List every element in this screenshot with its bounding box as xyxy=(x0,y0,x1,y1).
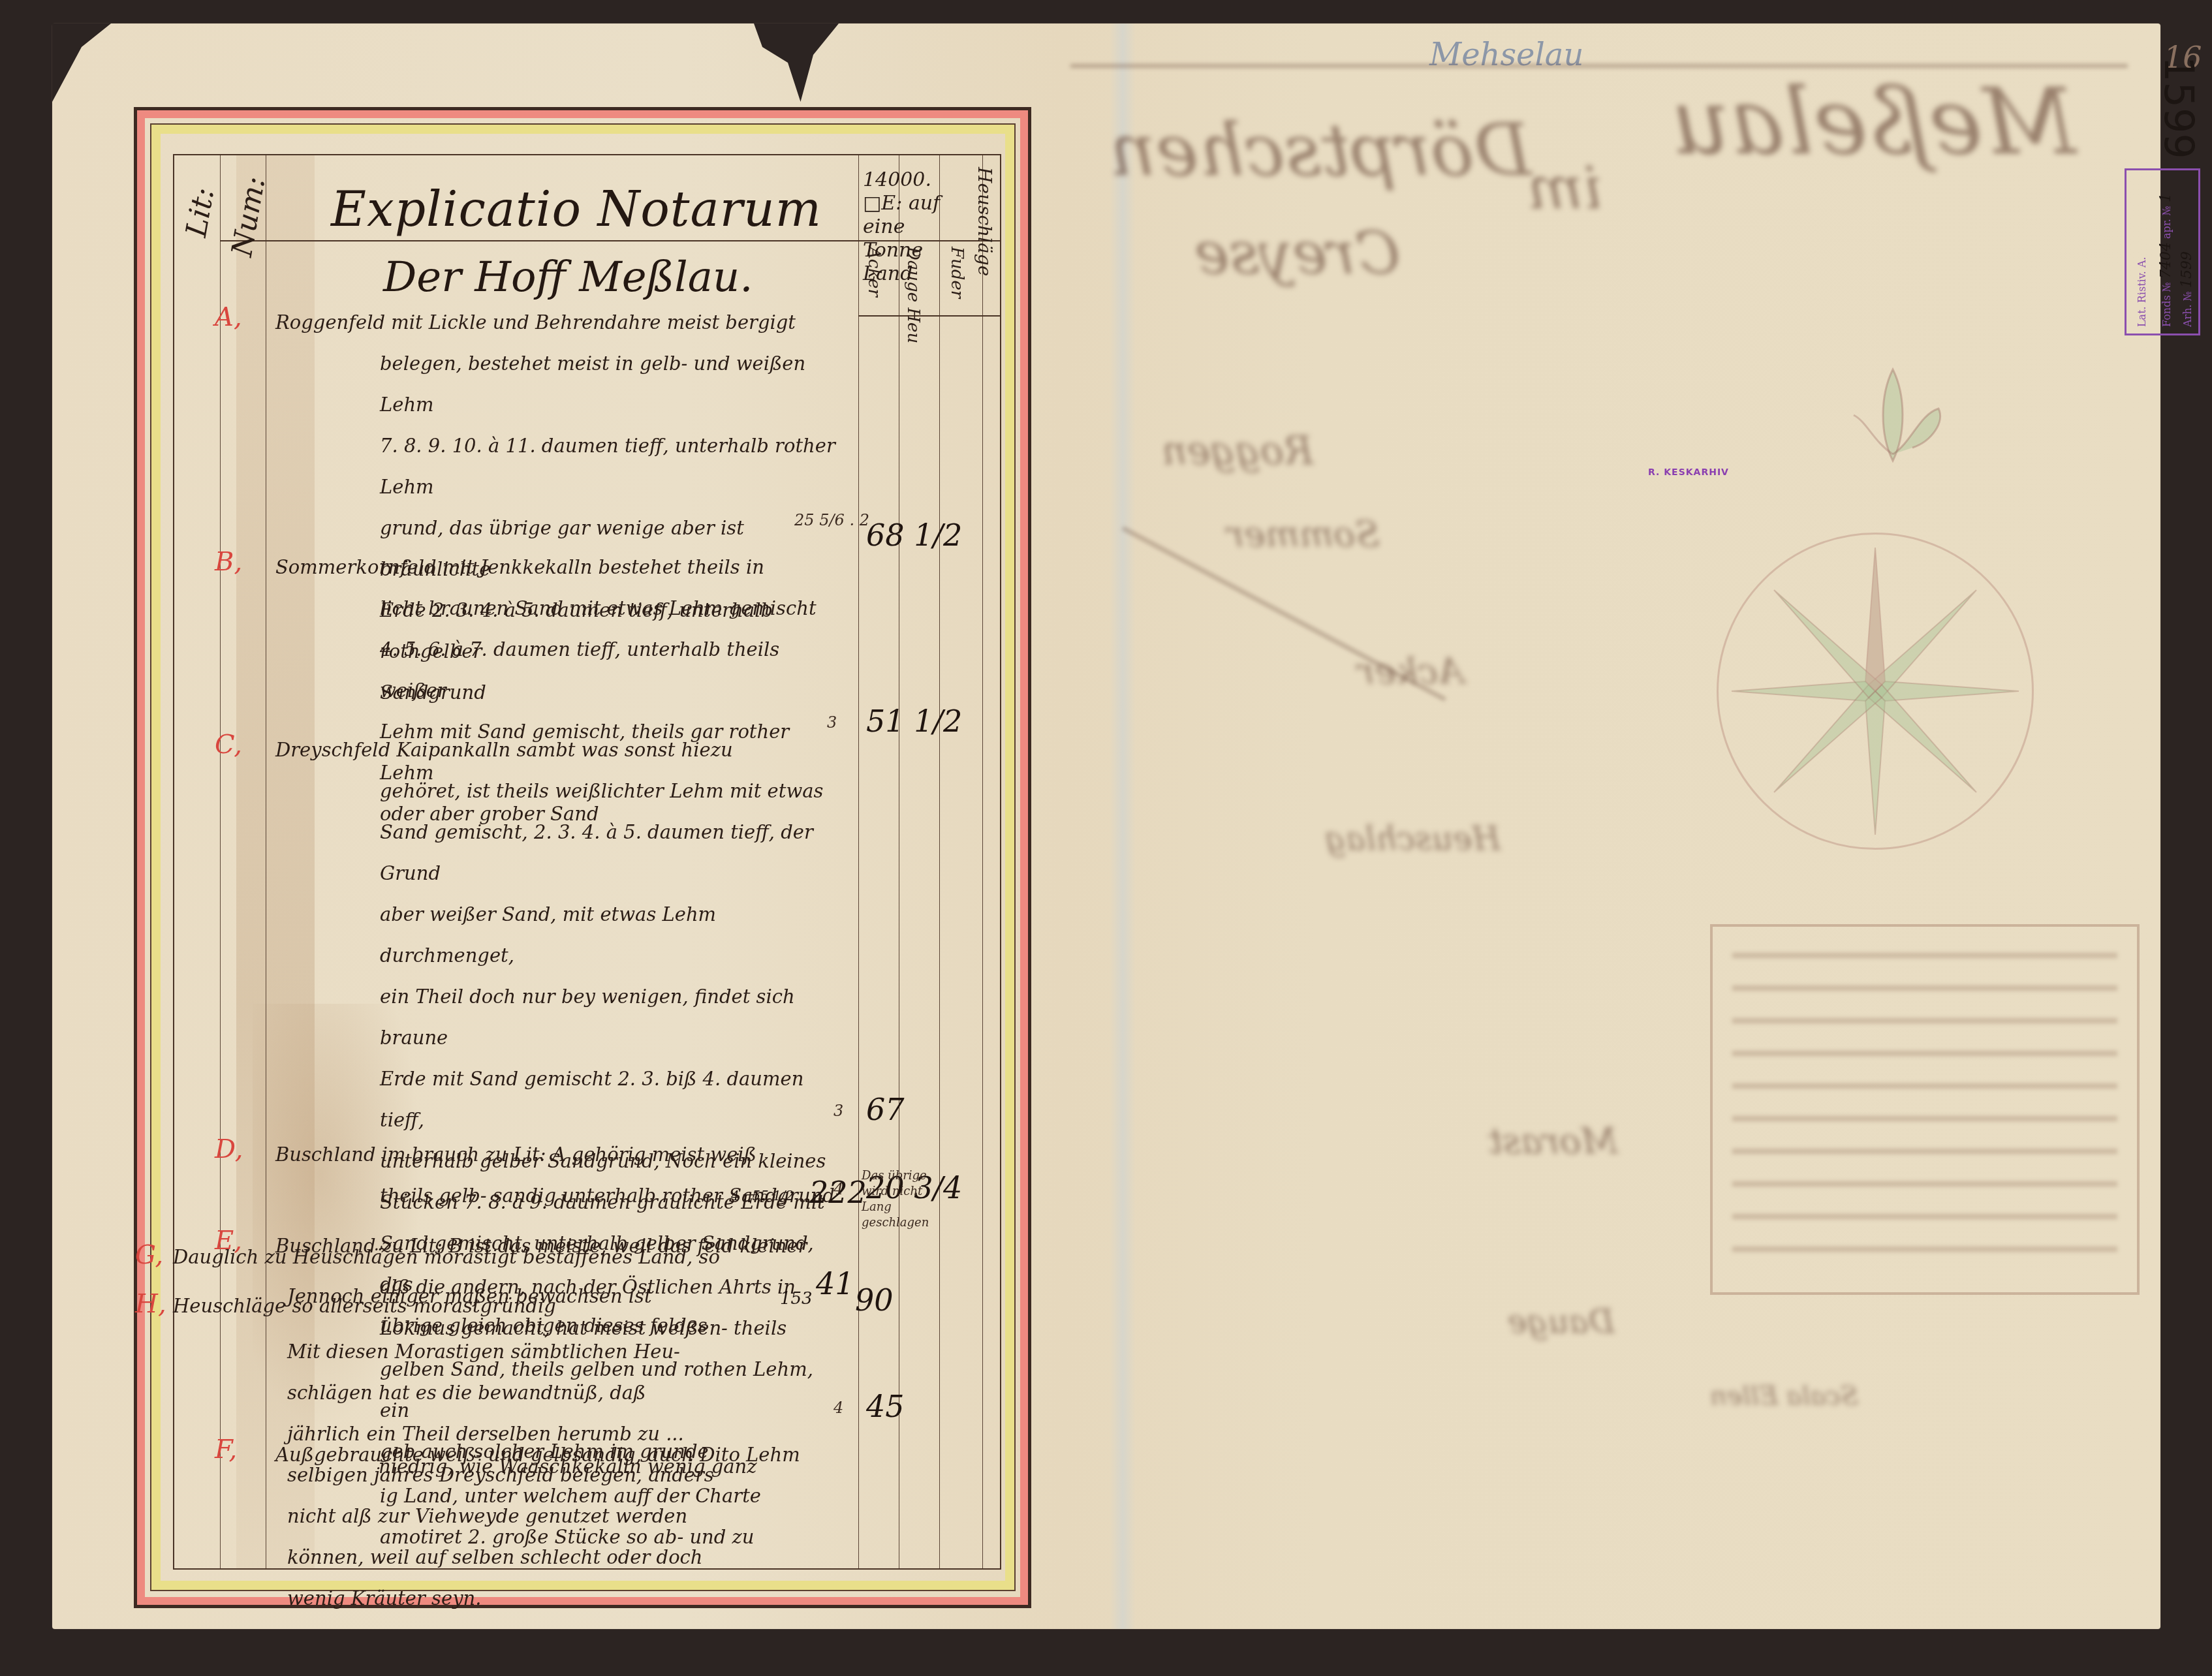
closing-line: selbigen jahres Dreyschfeld belegen, and… xyxy=(287,1455,757,1496)
entry-letter: C, xyxy=(215,730,242,760)
apr-label: apr. № xyxy=(2160,206,2173,239)
torn-corner xyxy=(52,23,111,102)
entry-value: 51 1/2 xyxy=(866,704,962,739)
paper-tear xyxy=(754,23,839,102)
center-fold xyxy=(1110,23,1136,1629)
arh-label: Arh. № xyxy=(2181,291,2194,327)
cartouche-ghost-line xyxy=(1732,1116,2117,1121)
header-lit: Lit: xyxy=(179,185,221,240)
bleed-scale-ghost: Scala Ellen xyxy=(1710,1381,1858,1411)
entry-letter: A, xyxy=(215,302,242,332)
closing-line: schlägen hat es die bewandtnüß, daß xyxy=(287,1373,757,1414)
entry-value: 68 1/2 xyxy=(866,518,962,553)
entry-line: Dreyschfeld Kaipankalln sambt was sonst … xyxy=(275,739,733,761)
entry-line: 4. 5. 6. à 7. daumen tieff, unterhalb th… xyxy=(275,629,843,711)
archive-stamp-line2: Fonds № 7404 apr. № 1 xyxy=(2158,193,2174,327)
bleed-label-ghost: Dauge xyxy=(1508,1303,1615,1341)
entry-f-subvalue: 4 : 55 1/2 xyxy=(731,1188,794,1203)
column-divider xyxy=(858,155,859,1568)
page-subtitle: Der Hoff Meßlau. xyxy=(383,253,753,302)
column-divider xyxy=(266,155,266,1568)
bleed-im-ghost: im xyxy=(1527,154,1602,223)
entry-subvalue: 3 xyxy=(833,1102,843,1120)
entry-line: ein Theil doch nur bey wenigen, findet s… xyxy=(275,976,843,1059)
entry-h-line: Heuschläge so allerseits morastgründig xyxy=(173,1286,556,1327)
closing-line: nicht alß zur Viehweyde genutzet werden xyxy=(287,1496,757,1537)
entry-letter: D, xyxy=(215,1134,243,1164)
entry-line: aber weißer Sand, mit etwas Lehm durchme… xyxy=(275,894,843,976)
cartouche-ghost-line xyxy=(1732,985,2117,991)
cartouche-ghost-line xyxy=(1732,1149,2117,1154)
entry-h-subvalue: 153 xyxy=(780,1289,813,1309)
bleed-label-ghost: Heuschlag xyxy=(1325,820,1501,858)
header-divider xyxy=(858,315,1000,317)
bleed-creyse2-ghost: Creyse xyxy=(1194,219,1400,288)
cartouche-ghost-line xyxy=(1732,1083,2117,1089)
closing-line: können, weil auf selben schlecht oder do… xyxy=(287,1537,757,1578)
entry-value: 67 xyxy=(866,1092,905,1127)
column-divider xyxy=(220,155,221,1568)
cartouche-ghost-line xyxy=(1732,1247,2117,1252)
entry-line: Sand gemischt, 2. 3. 4. à 5. daumen tief… xyxy=(275,812,843,894)
archive-stamp: Lat. Ristiv. A. Fonds № 7404 apr. № 1 Ar… xyxy=(2125,168,2200,335)
fonds-label: Fonds № xyxy=(2160,282,2173,327)
entry-g-line: Dauglich zu Heuschlägen morastigt bestaf… xyxy=(173,1237,720,1278)
closing-line: Mit diesen Morastigen sämbtlichen Heu- xyxy=(287,1331,757,1373)
bleed-label-ghost: Sommer xyxy=(1227,513,1380,555)
column-divider xyxy=(982,155,983,1568)
entry-line: 7. 8. 9. 10. à 11. daumen tieff, unterha… xyxy=(275,426,843,508)
entry-f-value: 222 xyxy=(809,1175,867,1210)
column-divider xyxy=(899,155,899,1568)
entry-h-value: 90 xyxy=(855,1282,894,1318)
bleed-label-ghost: Acker xyxy=(1358,650,1464,692)
entry-f-note: Das übrige wird nicht Lang geschlagen xyxy=(862,1168,953,1231)
header-fuder: Fuder xyxy=(948,247,966,298)
apr-value: 1 xyxy=(2158,193,2174,202)
cartouche-ghost-line xyxy=(1732,1018,2117,1023)
bleed-label-ghost: Morast xyxy=(1488,1120,1618,1162)
archive-stamp-line1: Lat. Ristiv. A. xyxy=(2136,256,2148,327)
header-acker: Acker xyxy=(865,247,883,297)
entry-subvalue: 25 5/6 . 2 xyxy=(794,511,869,529)
archive-stamp-line3: Arh. № 1599 xyxy=(2179,251,2195,327)
bleed-cartouche xyxy=(1710,924,2140,1295)
cartouche-ghost-line xyxy=(1732,1181,2117,1187)
closing-note: Mit diesen Morastigen sämbtlichen Heu- s… xyxy=(287,1331,757,1619)
entry-line: Sommerkornfeld mit Jenkkekalln bestehet … xyxy=(275,556,764,578)
entry-letter: B, xyxy=(215,547,242,577)
compass-star-icon xyxy=(1719,535,2032,848)
header-dauge: Dauge Heu xyxy=(904,247,922,343)
entry-text: Buschland im brauch zu Lit: A gehörig me… xyxy=(275,1134,843,1217)
entry-value: 45 xyxy=(866,1389,905,1424)
cartouche-ghost-line xyxy=(1732,953,2117,958)
cartouche-ghost-line xyxy=(1732,1051,2117,1056)
fonds-value: 7404 xyxy=(2158,242,2174,279)
entry-letter-h: H, xyxy=(135,1289,166,1319)
bleed-creyse-ghost: Dörptschen xyxy=(1110,108,1531,192)
arh-value: 1599 xyxy=(2179,251,2195,288)
entry-letter: F, xyxy=(215,1435,237,1465)
entry-line: gehöret, ist theils weißlichter Lehm mit… xyxy=(275,771,843,812)
bleed-label-ghost: Roggen xyxy=(1162,428,1313,474)
bleed-title-ghost: Meßelau xyxy=(1671,69,2076,176)
bleed-frame-line xyxy=(1070,64,2128,68)
archive-number: 1599 xyxy=(2155,56,2203,159)
entry-line: Erde mit Sand gemischt 2. 3. biß 4. daum… xyxy=(275,1059,843,1141)
header-heuschlag: Heuschläge xyxy=(974,167,995,276)
closing-line: jährlich ein Theil derselben herumb zu .… xyxy=(287,1414,757,1455)
entry-line: belegen, bestehet meist in gelb- und wei… xyxy=(275,343,843,426)
column-divider xyxy=(939,155,940,1568)
entry-line: Buschland im brauch zu Lit: A gehörig me… xyxy=(275,1143,756,1166)
entry-g-value: 41 xyxy=(816,1266,854,1301)
entry-subvalue: 4 xyxy=(833,1399,843,1417)
entry-line: licht braunen Sand mit etwas Lehm gemisc… xyxy=(275,588,843,629)
fleur-de-lis-icon xyxy=(1841,363,1945,493)
cartouche-ghost-line xyxy=(1732,1214,2117,1219)
entry-line: Roggenfeld mit Lickle und Behrendahre me… xyxy=(275,311,796,334)
closing-line: wenig Kräuter seyn. xyxy=(287,1578,757,1619)
keskarhiv-stamp: R. KESKARHIV xyxy=(1648,467,1729,478)
compass-rose xyxy=(1717,533,2034,850)
entry-letter-g: G, xyxy=(135,1240,163,1270)
entry-subvalue: 3 xyxy=(827,713,837,732)
page-title: Explicatio Notarum xyxy=(331,181,822,238)
